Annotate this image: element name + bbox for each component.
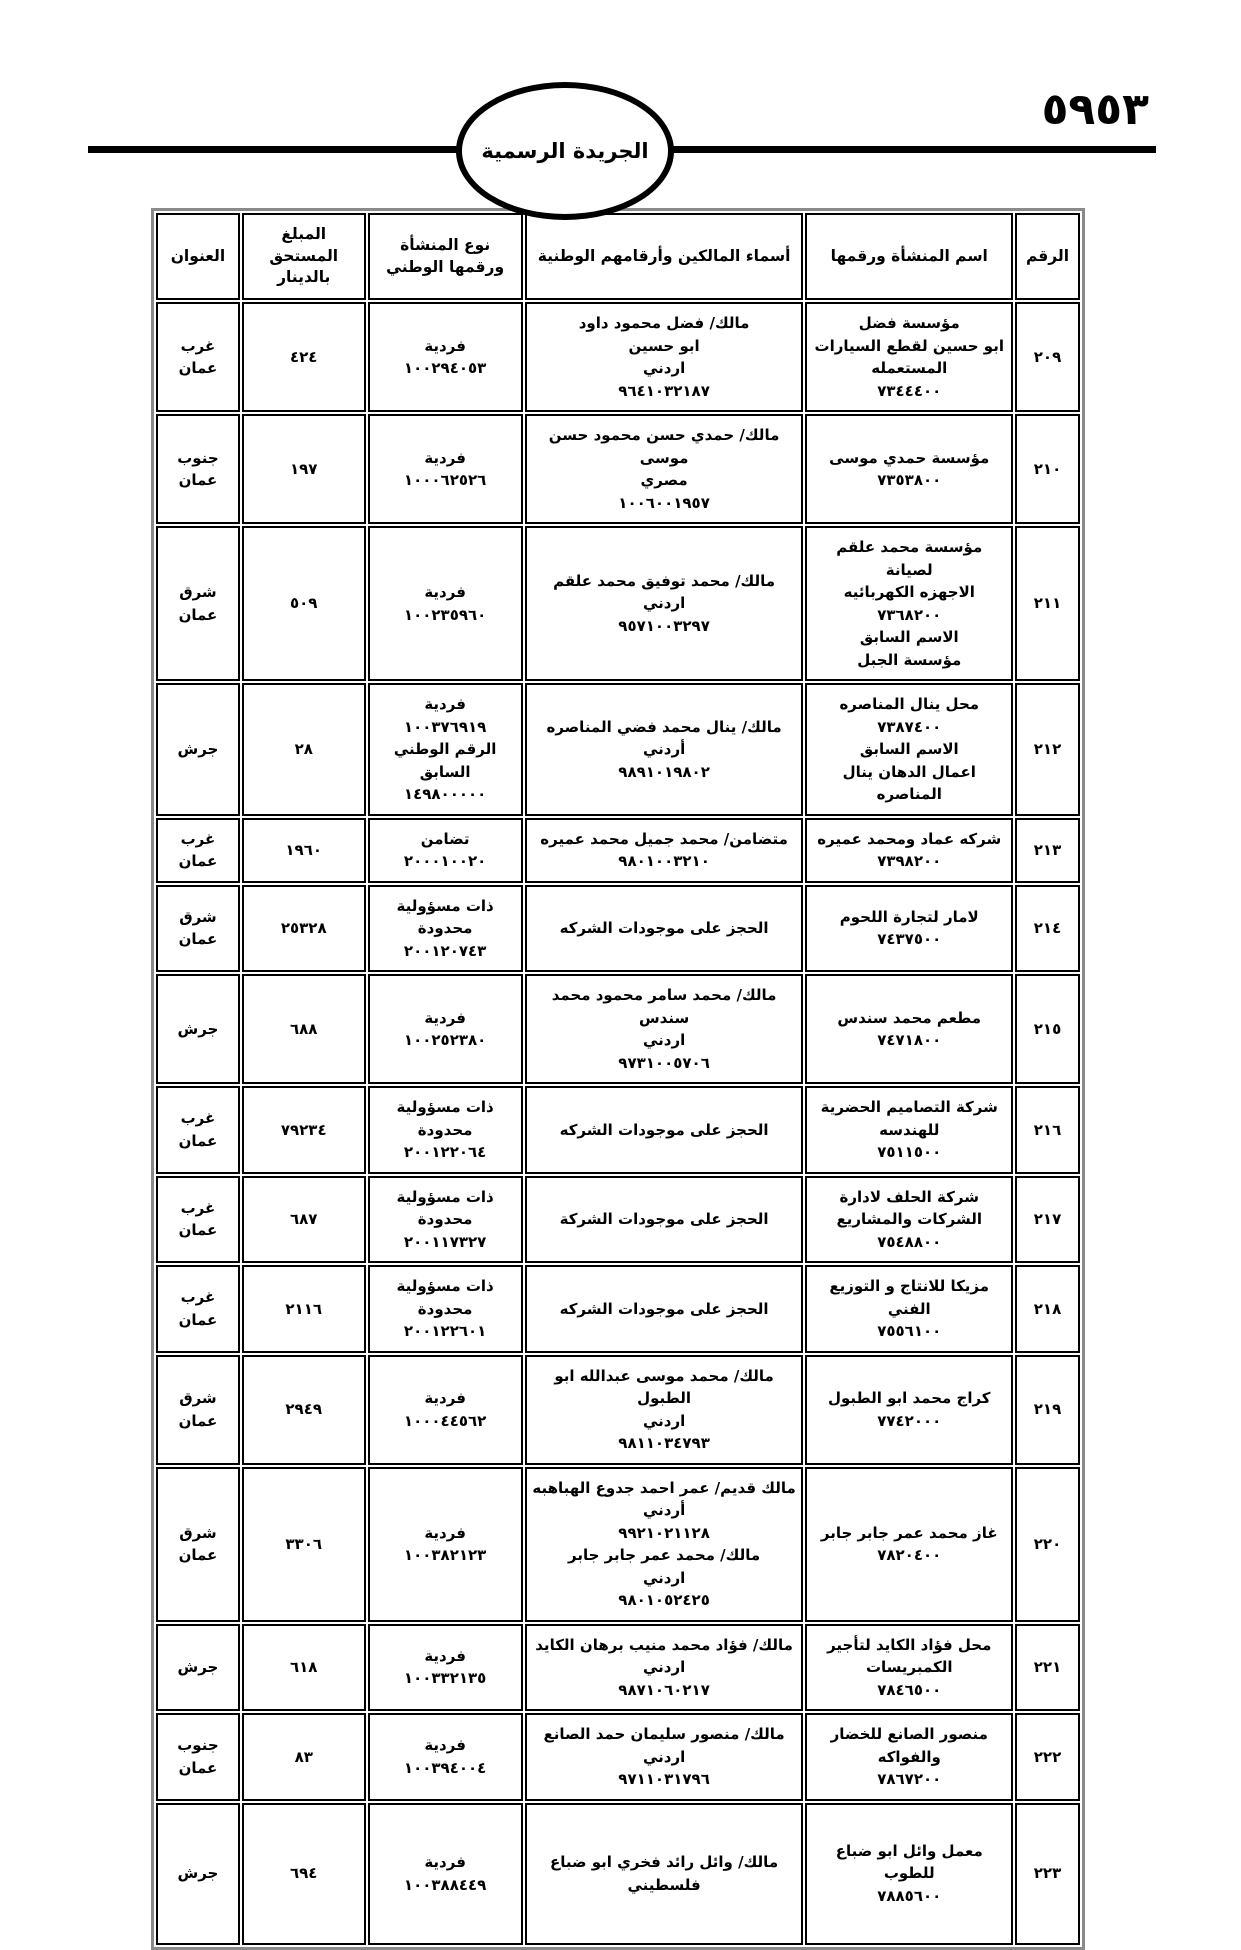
cell-line: متضامن/ محمد جميل محمد عميره bbox=[530, 828, 799, 851]
owners-cell: الحجز على موجودات الشركه bbox=[525, 1265, 804, 1353]
table-row: ٢١١مؤسسة محمد علقم لصيانةالاجهزه الكهربا… bbox=[156, 526, 1080, 681]
cell-line: جرش bbox=[161, 1656, 235, 1679]
cell-line: ٧٣٤٤٤٠٠ bbox=[810, 380, 1008, 403]
owners-cell: مالك/ حمدي حسن محمود حسن موسىمصري١٠٠٦٠٠١… bbox=[525, 414, 804, 524]
cell-line: مالك/ ينال محمد فضي المناصره bbox=[530, 716, 799, 739]
address-cell: شرقعمان bbox=[156, 885, 240, 973]
cell-line: اردني bbox=[530, 1746, 799, 1769]
cell-line: ١٠٠٢٩٤٠٥٣ bbox=[373, 357, 518, 380]
row-number-cell: ٢١٩ bbox=[1015, 1355, 1080, 1465]
amount-due-cell: ٢٩٤٩ bbox=[242, 1355, 366, 1465]
establishment-type-cell: فردية١٠٠٢٩٤٠٥٣ bbox=[368, 302, 523, 412]
cell-line: غرب bbox=[161, 1107, 235, 1130]
column-header-amount: المبلغ المستحق بالدينار bbox=[242, 213, 366, 300]
cell-line: اردني bbox=[530, 1410, 799, 1433]
cell-line: مؤسسة محمد علقم لصيانة bbox=[810, 536, 1008, 581]
cell-line: المستعمله bbox=[810, 357, 1008, 380]
row-number-cell: ٢١٥ bbox=[1015, 974, 1080, 1084]
cell-line: فردية bbox=[373, 581, 518, 604]
establishment-type-cell: فردية١٠٠٠٤٤٥٦٢ bbox=[368, 1355, 523, 1465]
amount-due-cell: ٢١١٦ bbox=[242, 1265, 366, 1353]
cell-line: معمل وائل ابو ضباع bbox=[810, 1840, 1008, 1863]
row-number-cell: ٢١٦ bbox=[1015, 1086, 1080, 1174]
address-cell: غربعمان bbox=[156, 1086, 240, 1174]
cell-line: ٩٨٠١٠٥٢٤٢٥ bbox=[530, 1589, 799, 1612]
cell-line: أردني bbox=[530, 1499, 799, 1522]
cell-line: مصري bbox=[530, 469, 799, 492]
cell-line: عمان bbox=[161, 1219, 235, 1242]
cell-line: ٩٧١١٠٣١٧٩٦ bbox=[530, 1768, 799, 1791]
cell-line: فردية bbox=[373, 447, 518, 470]
cell-line: كراج محمد ابو الطبول bbox=[810, 1387, 1008, 1410]
cell-line: الحجز على موجودات الشركة bbox=[530, 1208, 799, 1231]
cell-line: ٧٤٣٧٥٠٠ bbox=[810, 928, 1008, 951]
owners-cell: مالك/ محمد توفيق محمد علقماردني٩٥٧١٠٠٣٢٩… bbox=[525, 526, 804, 681]
address-cell: غربعمان bbox=[156, 1265, 240, 1353]
cell-line: ٧٣٦٨٢٠٠ bbox=[810, 604, 1008, 627]
cell-line: ٧٣٨٧٤٠٠ bbox=[810, 716, 1008, 739]
address-cell: جرش bbox=[156, 974, 240, 1084]
cell-line: ٧٤٧١٨٠٠ bbox=[810, 1029, 1008, 1052]
establishment-name-cell: مؤسسة محمد علقم لصيانةالاجهزه الكهربائيه… bbox=[805, 526, 1013, 681]
amount-due-cell: ٦١٨ bbox=[242, 1624, 366, 1712]
table-row: ٢١٨مزيكا للانتاج و التوزيعالفني٧٥٥٦١٠٠ال… bbox=[156, 1265, 1080, 1353]
cell-line: للطوب bbox=[810, 1862, 1008, 1885]
cell-line: غرب bbox=[161, 335, 235, 358]
column-header-owners: أسماء المالكين وأرقامهم الوطنية bbox=[525, 213, 804, 300]
table-row: ٢٢٣معمل وائل ابو ضباعللطوب٧٨٨٥٦٠٠مالك/ و… bbox=[156, 1803, 1080, 1945]
cell-line: الحجز على موجودات الشركه bbox=[530, 1298, 799, 1321]
table-row: ٢٠٩مؤسسة فضلابو حسين لقطع السياراتالمستع… bbox=[156, 302, 1080, 412]
establishment-type-cell: ذات مسؤولية محدودة٢٠٠١٢٠٧٤٣ bbox=[368, 885, 523, 973]
address-cell: جرش bbox=[156, 683, 240, 816]
row-number-cell: ٢٢٣ bbox=[1015, 1803, 1080, 1945]
owners-cell: مالك/ محمد سامر محمود محمد سندساردني٩٧٣١… bbox=[525, 974, 804, 1084]
cell-line: شركة التصاميم الحضرية bbox=[810, 1096, 1008, 1119]
establishment-name-cell: لامار لتجارة اللحوم٧٤٣٧٥٠٠ bbox=[805, 885, 1013, 973]
owners-cell: مالك/ منصور سليمان حمد الصانعاردني٩٧١١٠٣… bbox=[525, 1713, 804, 1801]
cell-line: ١٠٠٠٤٤٥٦٢ bbox=[373, 1410, 518, 1433]
address-cell: شرقعمان bbox=[156, 1355, 240, 1465]
establishment-name-cell: كراج محمد ابو الطبول٧٧٤٢٠٠٠ bbox=[805, 1355, 1013, 1465]
cell-line: جرش bbox=[161, 1018, 235, 1041]
establishment-name-cell: محل ينال المناصره٧٣٨٧٤٠٠الاسم السابقاعما… bbox=[805, 683, 1013, 816]
cell-line: مطعم محمد سندس bbox=[810, 1007, 1008, 1030]
cell-line: الاجهزه الكهربائيه bbox=[810, 581, 1008, 604]
cell-line: ٩٨٩١٠١٩٨٠٢ bbox=[530, 761, 799, 784]
cell-line: الرقم الوطني السابق bbox=[373, 738, 518, 783]
establishment-name-cell: شركة التصاميم الحضريةللهندسه٧٥١١٥٠٠ bbox=[805, 1086, 1013, 1174]
cell-line: ٧٣٩٨٢٠٠ bbox=[810, 850, 1008, 873]
cell-line: عمان bbox=[161, 1757, 235, 1780]
establishment-name-cell: مؤسسة فضلابو حسين لقطع السياراتالمستعمله… bbox=[805, 302, 1013, 412]
cell-line: ٩٨٧١٠٦٠٢١٧ bbox=[530, 1679, 799, 1702]
cell-line: مالك/ محمد عمر جابر جابر bbox=[530, 1544, 799, 1567]
amount-due-cell: ٦٨٨ bbox=[242, 974, 366, 1084]
cell-line: ١٠٠٠٦٢٥٢٦ bbox=[373, 469, 518, 492]
cell-line: ١٠٠٣٨٨٤٤٩ bbox=[373, 1874, 518, 1897]
cell-line: ٢٠٠١٢٢٦٠١ bbox=[373, 1320, 518, 1343]
owners-cell: مالك/ فضل محمود داودابو حسيناردني٩٦٤١٠٣٢… bbox=[525, 302, 804, 412]
cell-line: مالك/ منصور سليمان حمد الصانع bbox=[530, 1723, 799, 1746]
establishment-type-cell: فردية١٠٠٠٦٢٥٢٦ bbox=[368, 414, 523, 524]
gazette-banner-ellipse: الجريدة الرسمية bbox=[456, 82, 674, 220]
cell-line: ذات مسؤولية محدودة bbox=[373, 895, 518, 940]
records-tbody: ٢٠٩مؤسسة فضلابو حسين لقطع السياراتالمستع… bbox=[156, 302, 1080, 1945]
establishment-name-cell: مؤسسة حمدي موسى٧٣٥٣٨٠٠ bbox=[805, 414, 1013, 524]
cell-line: ١٠٠٣٣٢١٣٥ bbox=[373, 1667, 518, 1690]
cell-line: جنوب bbox=[161, 447, 235, 470]
establishments-table: الرقم اسم المنشأة ورقمها أسماء المالكين … bbox=[151, 208, 1085, 1950]
cell-line: ابو حسين لقطع السيارات bbox=[810, 335, 1008, 358]
establishment-type-cell: فردية١٠٠٣٩٤٠٠٤ bbox=[368, 1713, 523, 1801]
address-cell: جرش bbox=[156, 1803, 240, 1945]
amount-due-cell: ٥٠٩ bbox=[242, 526, 366, 681]
page-number: ٥٩٥٣ bbox=[1042, 84, 1149, 135]
owners-cell: مالك/ ينال محمد فضي المناصرهأردني٩٨٩١٠١٩… bbox=[525, 683, 804, 816]
cell-line: ٧٨٨٥٦٠٠ bbox=[810, 1885, 1008, 1908]
establishment-type-cell: فردية١٠٠٣٣٢١٣٥ bbox=[368, 1624, 523, 1712]
establishment-name-cell: محل فؤاد الكايد لتأجيرالكمبريسات٧٨٤٦٥٠٠ bbox=[805, 1624, 1013, 1712]
cell-line: ذات مسؤولية محدودة bbox=[373, 1186, 518, 1231]
row-number-cell: ٢١١ bbox=[1015, 526, 1080, 681]
cell-line: ٩٦٤١٠٣٢١٨٧ bbox=[530, 380, 799, 403]
cell-line: شرق bbox=[161, 906, 235, 929]
cell-line: شرق bbox=[161, 1387, 235, 1410]
owners-cell: الحجز على موجودات الشركه bbox=[525, 885, 804, 973]
owners-cell: مالك/ محمد موسى عبدالله ابو الطبولاردني٩… bbox=[525, 1355, 804, 1465]
cell-line: ٢٠٠١٢٢٠٦٤ bbox=[373, 1141, 518, 1164]
cell-line: ذات مسؤولية محدودة bbox=[373, 1275, 518, 1320]
cell-line: فلسطيني bbox=[530, 1874, 799, 1897]
address-cell: غربعمان bbox=[156, 818, 240, 883]
cell-line: لامار لتجارة اللحوم bbox=[810, 906, 1008, 929]
row-number-cell: ٢١٠ bbox=[1015, 414, 1080, 524]
cell-line: اعمال الدهان ينال bbox=[810, 761, 1008, 784]
address-cell: جنوبعمان bbox=[156, 1713, 240, 1801]
table-row: ٢٢٠غاز محمد عمر جابر جابر٧٨٢٠٤٠٠مالك قدي… bbox=[156, 1467, 1080, 1622]
cell-line: ٧٨٢٠٤٠٠ bbox=[810, 1544, 1008, 1567]
cell-line: فردية bbox=[373, 1387, 518, 1410]
amount-due-cell: ١٩٧ bbox=[242, 414, 366, 524]
row-number-cell: ٢٢٠ bbox=[1015, 1467, 1080, 1622]
cell-line: اردني bbox=[530, 1567, 799, 1590]
cell-line: محل فؤاد الكايد لتأجير bbox=[810, 1634, 1008, 1657]
cell-line: غرب bbox=[161, 1197, 235, 1220]
cell-line: محل ينال المناصره bbox=[810, 693, 1008, 716]
column-header-establishment: اسم المنشأة ورقمها bbox=[805, 213, 1013, 300]
owners-cell: مالك قديم/ عمر احمد جدوع الهباهبهأردني٩٩… bbox=[525, 1467, 804, 1622]
cell-line: ٢٠٠١١٧٣٢٧ bbox=[373, 1231, 518, 1254]
establishment-name-cell: مزيكا للانتاج و التوزيعالفني٧٥٥٦١٠٠ bbox=[805, 1265, 1013, 1353]
cell-line: الحجز على موجودات الشركه bbox=[530, 1119, 799, 1142]
owners-cell: مالك/ وائل رائد فخري ابو ضباعفلسطيني bbox=[525, 1803, 804, 1945]
address-cell: غربعمان bbox=[156, 302, 240, 412]
table-row: ٢١٢محل ينال المناصره٧٣٨٧٤٠٠الاسم السابقا… bbox=[156, 683, 1080, 816]
establishment-type-cell: ذات مسؤولية محدودة٢٠٠١١٧٣٢٧ bbox=[368, 1176, 523, 1264]
cell-line: ١٠٠٢٣٥٩٦٠ bbox=[373, 604, 518, 627]
establishment-name-cell: شركة الحلف لادارةالشركات والمشاريع٧٥٤٨٨٠… bbox=[805, 1176, 1013, 1264]
cell-line: عمان bbox=[161, 928, 235, 951]
table-row: ٢١٥مطعم محمد سندس٧٤٧١٨٠٠مالك/ محمد سامر … bbox=[156, 974, 1080, 1084]
table-row: ٢١٣شركه عماد ومحمد عميره٧٣٩٨٢٠٠متضامن/ م… bbox=[156, 818, 1080, 883]
cell-line: مالك/ محمد توفيق محمد علقم bbox=[530, 570, 799, 593]
cell-line: مالك/ محمد سامر محمود محمد سندس bbox=[530, 984, 799, 1029]
amount-due-cell: ٧٩٢٣٤ bbox=[242, 1086, 366, 1174]
cell-line: ٩٨١١٠٣٤٧٩٣ bbox=[530, 1432, 799, 1455]
row-number-cell: ٢١٢ bbox=[1015, 683, 1080, 816]
address-cell: جرش bbox=[156, 1624, 240, 1712]
cell-line: فردية bbox=[373, 693, 518, 716]
cell-line: فردية bbox=[373, 1007, 518, 1030]
amount-due-cell: ٢٨ bbox=[242, 683, 366, 816]
cell-line: عمان bbox=[161, 850, 235, 873]
cell-line: ٧٨٤٦٥٠٠ bbox=[810, 1679, 1008, 1702]
cell-line: ٩٥٧١٠٠٣٢٩٧ bbox=[530, 615, 799, 638]
cell-line: أردني bbox=[530, 738, 799, 761]
establishment-type-cell: فردية١٠٠٣٨٢١٢٣ bbox=[368, 1467, 523, 1622]
cell-line: مالك/ فؤاد محمد منيب برهان الكايد bbox=[530, 1634, 799, 1657]
cell-line: ذات مسؤولية محدودة bbox=[373, 1096, 518, 1141]
cell-line: ١٤٩٨٠٠٠٠٠ bbox=[373, 783, 518, 806]
establishment-name-cell: منصور الصانع للخضاروالفواكه٧٨٦٧٢٠٠ bbox=[805, 1713, 1013, 1801]
cell-line: ١٠٠٦٠٠١٩٥٧ bbox=[530, 492, 799, 515]
cell-line: مؤسسة فضل bbox=[810, 312, 1008, 335]
cell-line: غاز محمد عمر جابر جابر bbox=[810, 1522, 1008, 1545]
cell-line: شرق bbox=[161, 1522, 235, 1545]
owners-cell: الحجز على موجودات الشركة bbox=[525, 1176, 804, 1264]
establishment-name-cell: مطعم محمد سندس٧٤٧١٨٠٠ bbox=[805, 974, 1013, 1084]
address-cell: جنوبعمان bbox=[156, 414, 240, 524]
cell-line: فردية bbox=[373, 1734, 518, 1757]
column-header-number: الرقم bbox=[1015, 213, 1080, 300]
establishment-name-cell: شركه عماد ومحمد عميره٧٣٩٨٢٠٠ bbox=[805, 818, 1013, 883]
establishment-name-cell: غاز محمد عمر جابر جابر٧٨٢٠٤٠٠ bbox=[805, 1467, 1013, 1622]
cell-line: مؤسسة الجبل bbox=[810, 649, 1008, 672]
cell-line: مالك/ وائل رائد فخري ابو ضباع bbox=[530, 1851, 799, 1874]
cell-line: فردية bbox=[373, 1522, 518, 1545]
cell-line: ٢٠٠٠١٠٠٢٠ bbox=[373, 850, 518, 873]
column-header-address: العنوان bbox=[156, 213, 240, 300]
row-number-cell: ٢٢٢ bbox=[1015, 1713, 1080, 1801]
cell-line: ٧٥٥٦١٠٠ bbox=[810, 1320, 1008, 1343]
cell-line: فردية bbox=[373, 1645, 518, 1668]
address-cell: شرقعمان bbox=[156, 526, 240, 681]
cell-line: ٩٩٢١٠٢١١٢٨ bbox=[530, 1522, 799, 1545]
row-number-cell: ٢٠٩ bbox=[1015, 302, 1080, 412]
cell-line: شركه عماد ومحمد عميره bbox=[810, 828, 1008, 851]
amount-due-cell: ١٩٦٠ bbox=[242, 818, 366, 883]
owners-cell: الحجز على موجودات الشركه bbox=[525, 1086, 804, 1174]
cell-line: الاسم السابق bbox=[810, 626, 1008, 649]
row-number-cell: ٢٢١ bbox=[1015, 1624, 1080, 1712]
table-row: ٢١٦شركة التصاميم الحضريةللهندسه٧٥١١٥٠٠ال… bbox=[156, 1086, 1080, 1174]
cell-line: منصور الصانع للخضار bbox=[810, 1723, 1008, 1746]
gazette-banner-title: الجريدة الرسمية bbox=[481, 139, 648, 163]
cell-line: شرق bbox=[161, 581, 235, 604]
cell-line: اردني bbox=[530, 1656, 799, 1679]
cell-line: غرب bbox=[161, 828, 235, 851]
amount-due-cell: ٣٣٠٦ bbox=[242, 1467, 366, 1622]
cell-line: ٧٣٥٣٨٠٠ bbox=[810, 469, 1008, 492]
cell-line: مؤسسة حمدي موسى bbox=[810, 447, 1008, 470]
table-row: ٢١٩كراج محمد ابو الطبول٧٧٤٢٠٠٠مالك/ محمد… bbox=[156, 1355, 1080, 1465]
establishment-type-cell: فردية١٠٠٢٥٢٣٨٠ bbox=[368, 974, 523, 1084]
table-row: ٢٢٢منصور الصانع للخضاروالفواكه٧٨٦٧٢٠٠مال… bbox=[156, 1713, 1080, 1801]
amount-due-cell: ٤٢٤ bbox=[242, 302, 366, 412]
cell-line: للهندسه bbox=[810, 1119, 1008, 1142]
establishment-type-cell: ذات مسؤولية محدودة٢٠٠١٢٢٠٦٤ bbox=[368, 1086, 523, 1174]
row-number-cell: ٢١٤ bbox=[1015, 885, 1080, 973]
cell-line: ٧٥١١٥٠٠ bbox=[810, 1141, 1008, 1164]
cell-line: ٩٧٣١٠٠٥٧٠٦ bbox=[530, 1052, 799, 1075]
cell-line: الفني bbox=[810, 1298, 1008, 1321]
cell-line: جرش bbox=[161, 1862, 235, 1885]
column-header-type: نوع المنشأة ورقمها الوطني bbox=[368, 213, 523, 300]
cell-line: مالك/ حمدي حسن محمود حسن موسى bbox=[530, 424, 799, 469]
cell-line: مالك/ فضل محمود داود bbox=[530, 312, 799, 335]
address-cell: شرقعمان bbox=[156, 1467, 240, 1622]
cell-line: مالك/ محمد موسى عبدالله ابو الطبول bbox=[530, 1365, 799, 1410]
cell-line: ٩٨٠١٠٠٣٢١٠ bbox=[530, 850, 799, 873]
cell-line: فردية bbox=[373, 1851, 518, 1874]
table-row: ٢٢١محل فؤاد الكايد لتأجيرالكمبريسات٧٨٤٦٥… bbox=[156, 1624, 1080, 1712]
establishment-type-cell: فردية١٠٠٢٣٥٩٦٠ bbox=[368, 526, 523, 681]
cell-line: ١٠٠٣٧٦٩١٩ bbox=[373, 716, 518, 739]
cell-line: ٧٧٤٢٠٠٠ bbox=[810, 1410, 1008, 1433]
cell-line: عمان bbox=[161, 469, 235, 492]
cell-line: شركة الحلف لادارة bbox=[810, 1186, 1008, 1209]
establishment-type-cell: فردية١٠٠٣٧٦٩١٩الرقم الوطني السابق١٤٩٨٠٠٠… bbox=[368, 683, 523, 816]
establishment-type-cell: تضامن٢٠٠٠١٠٠٢٠ bbox=[368, 818, 523, 883]
cell-line: ١٠٠٣٩٤٠٠٤ bbox=[373, 1757, 518, 1780]
owners-cell: مالك/ فؤاد محمد منيب برهان الكايداردني٩٨… bbox=[525, 1624, 804, 1712]
amount-due-cell: ٨٣ bbox=[242, 1713, 366, 1801]
cell-line: جرش bbox=[161, 738, 235, 761]
cell-line: ابو حسين bbox=[530, 335, 799, 358]
cell-line: عمان bbox=[161, 604, 235, 627]
table-header-row: الرقم اسم المنشأة ورقمها أسماء المالكين … bbox=[156, 213, 1080, 300]
cell-line: ١٠٠٢٥٢٣٨٠ bbox=[373, 1029, 518, 1052]
row-number-cell: ٢١٧ bbox=[1015, 1176, 1080, 1264]
table-row: ٢١٠مؤسسة حمدي موسى٧٣٥٣٨٠٠مالك/ حمدي حسن … bbox=[156, 414, 1080, 524]
cell-line: جنوب bbox=[161, 1734, 235, 1757]
address-cell: غربعمان bbox=[156, 1176, 240, 1264]
cell-line: والفواكه bbox=[810, 1746, 1008, 1769]
establishment-type-cell: فردية١٠٠٣٨٨٤٤٩ bbox=[368, 1803, 523, 1945]
amount-due-cell: ٦٨٧ bbox=[242, 1176, 366, 1264]
cell-line: الشركات والمشاريع bbox=[810, 1208, 1008, 1231]
cell-line: عمان bbox=[161, 1410, 235, 1433]
cell-line: ٧٥٤٨٨٠٠ bbox=[810, 1231, 1008, 1254]
cell-line: الكمبريسات bbox=[810, 1656, 1008, 1679]
amount-due-cell: ٦٩٤ bbox=[242, 1803, 366, 1945]
cell-line: عمان bbox=[161, 1309, 235, 1332]
cell-line: مزيكا للانتاج و التوزيع bbox=[810, 1275, 1008, 1298]
establishment-name-cell: معمل وائل ابو ضباعللطوب٧٨٨٥٦٠٠ bbox=[805, 1803, 1013, 1945]
cell-line: عمان bbox=[161, 1544, 235, 1567]
cell-line: عمان bbox=[161, 357, 235, 380]
cell-line: اردني bbox=[530, 592, 799, 615]
row-number-cell: ٢١٣ bbox=[1015, 818, 1080, 883]
cell-line: المناصره bbox=[810, 783, 1008, 806]
cell-line: اردني bbox=[530, 357, 799, 380]
cell-line: الحجز على موجودات الشركه bbox=[530, 917, 799, 940]
cell-line: الاسم السابق bbox=[810, 738, 1008, 761]
cell-line: عمان bbox=[161, 1130, 235, 1153]
establishment-type-cell: ذات مسؤولية محدودة٢٠٠١٢٢٦٠١ bbox=[368, 1265, 523, 1353]
cell-line: اردني bbox=[530, 1029, 799, 1052]
cell-line: مالك قديم/ عمر احمد جدوع الهباهبه bbox=[530, 1477, 799, 1500]
cell-line: غرب bbox=[161, 1286, 235, 1309]
cell-line: ٢٠٠١٢٠٧٤٣ bbox=[373, 940, 518, 963]
table-row: ٢١٧شركة الحلف لادارةالشركات والمشاريع٧٥٤… bbox=[156, 1176, 1080, 1264]
cell-line: تضامن bbox=[373, 828, 518, 851]
cell-line: ٧٨٦٧٢٠٠ bbox=[810, 1768, 1008, 1791]
table-row: ٢١٤لامار لتجارة اللحوم٧٤٣٧٥٠٠الحجز على م… bbox=[156, 885, 1080, 973]
cell-line: فردية bbox=[373, 335, 518, 358]
row-number-cell: ٢١٨ bbox=[1015, 1265, 1080, 1353]
cell-line: ١٠٠٣٨٢١٢٣ bbox=[373, 1544, 518, 1567]
amount-due-cell: ٢٥٣٢٨ bbox=[242, 885, 366, 973]
owners-cell: متضامن/ محمد جميل محمد عميره٩٨٠١٠٠٣٢١٠ bbox=[525, 818, 804, 883]
